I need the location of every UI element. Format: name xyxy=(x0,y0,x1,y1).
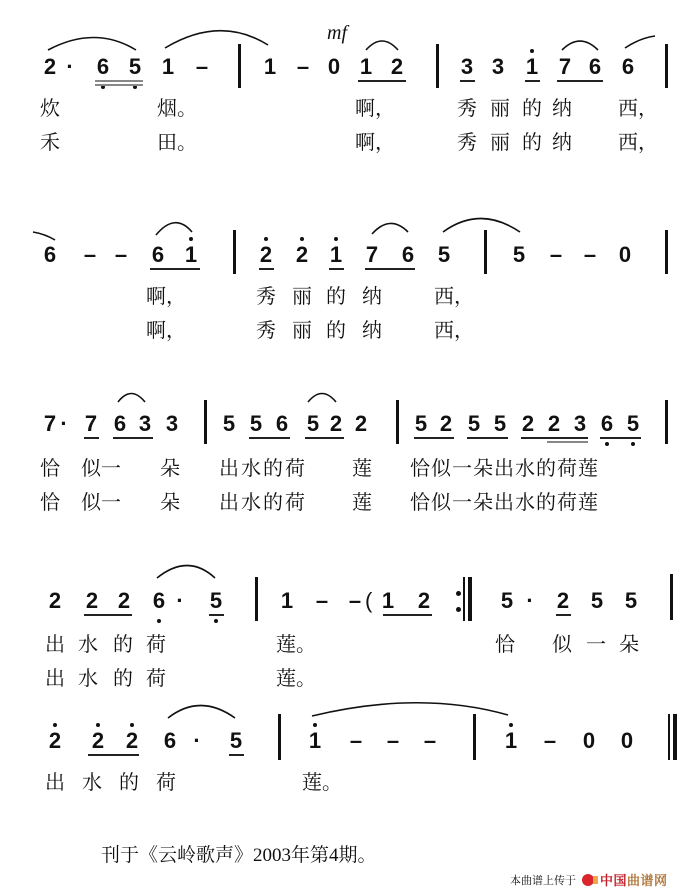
lyric: 的 xyxy=(326,318,346,342)
underline xyxy=(249,437,290,439)
lyric: 的 xyxy=(326,284,346,308)
note: 1 xyxy=(307,730,323,752)
underline xyxy=(547,441,588,443)
lyric: 的 xyxy=(113,632,133,656)
site-name[interactable]: 中国曲谱网 xyxy=(600,870,668,889)
note: 3 xyxy=(459,56,475,78)
lyric: 出水的荷 xyxy=(219,456,307,480)
rest: 0 xyxy=(326,56,342,78)
repeat-barline xyxy=(463,577,465,621)
note: 5 xyxy=(466,413,482,435)
dash: – xyxy=(422,730,438,752)
dash: – xyxy=(314,590,330,612)
note: 2 xyxy=(416,590,432,612)
dash: – xyxy=(295,56,311,78)
repeat-barline xyxy=(468,577,472,621)
note: 2 xyxy=(520,413,536,435)
note: 1 xyxy=(524,56,540,78)
lyric: 的 xyxy=(522,130,542,154)
barline xyxy=(665,44,668,88)
note: 5 xyxy=(499,590,515,612)
lyric: 朵 xyxy=(619,632,639,656)
underline xyxy=(600,437,641,439)
note: 6 xyxy=(162,730,178,752)
jianpu-score: 2 · 6 5 1 – 1 – 0 mf 1 2 3 3 1 7 6 6 炊 烟… xyxy=(0,0,700,894)
lyric: 西， xyxy=(618,96,658,120)
lyric: 丽 xyxy=(292,318,312,342)
lyric: 莲 xyxy=(352,490,372,514)
underline xyxy=(113,437,153,439)
dash: – xyxy=(385,730,401,752)
lyric: 丽 xyxy=(292,284,312,308)
lyric: 秀 xyxy=(457,130,477,154)
underline xyxy=(358,80,406,82)
augmentation-dot: · xyxy=(189,730,205,752)
note: 5 xyxy=(305,413,321,435)
slur-marks xyxy=(0,0,700,894)
rest: 0 xyxy=(581,730,597,752)
note: 2 xyxy=(42,56,58,78)
lyric: 出 xyxy=(45,770,65,794)
barline xyxy=(204,400,207,444)
note: 2 xyxy=(353,413,369,435)
lyric: 秀 xyxy=(457,96,477,120)
lyric: 啊， xyxy=(146,284,186,308)
underline xyxy=(460,80,475,82)
lyric: 水 xyxy=(78,666,98,690)
note: 6 xyxy=(151,590,167,612)
dash: – xyxy=(82,244,98,266)
final-barline xyxy=(673,714,677,760)
barline xyxy=(255,577,258,621)
barline xyxy=(233,230,236,274)
dash: – xyxy=(348,730,364,752)
repeat-dot xyxy=(456,591,461,596)
lyric: 莲。 xyxy=(276,632,316,656)
underline xyxy=(383,614,432,616)
note: 6 xyxy=(400,244,416,266)
barline xyxy=(278,714,281,760)
lyric: 出 xyxy=(45,666,65,690)
lyric: 朵 xyxy=(160,456,180,480)
lyric: 似一 xyxy=(81,456,121,480)
lyric: 啊， xyxy=(355,130,395,154)
note: 2 xyxy=(438,413,454,435)
underline xyxy=(84,437,99,439)
note: 1 xyxy=(358,56,374,78)
lyric: 纳 xyxy=(362,284,382,308)
lyric: 出水的荷 xyxy=(219,490,307,514)
underline xyxy=(414,437,454,439)
lyric: 恰似一朵出水的荷莲 xyxy=(410,456,599,480)
lyric: 炊 xyxy=(40,96,60,120)
rest: 0 xyxy=(617,244,633,266)
dash: – xyxy=(548,244,564,266)
underline xyxy=(95,80,143,82)
note: 3 xyxy=(490,56,506,78)
lyric: 似一 xyxy=(81,490,121,514)
lyric: 荷 xyxy=(156,770,176,794)
lyric: 秀 xyxy=(256,284,276,308)
augmentation-dot: · xyxy=(522,590,538,612)
barline xyxy=(238,44,241,88)
note: 6 xyxy=(599,413,615,435)
underline xyxy=(88,754,139,756)
note: 5 xyxy=(248,413,264,435)
underline xyxy=(209,614,224,616)
note: 2 xyxy=(90,730,106,752)
dash: – xyxy=(194,56,210,78)
underline xyxy=(525,80,540,82)
lyric: 纳 xyxy=(552,96,572,120)
lyric: 西， xyxy=(434,284,474,308)
lyric: 莲。 xyxy=(276,666,316,690)
lyric: 纳 xyxy=(552,130,572,154)
lyric: 啊， xyxy=(146,318,186,342)
barline xyxy=(473,714,476,760)
note: 2 xyxy=(294,244,310,266)
note: 2 xyxy=(124,730,140,752)
lyric: 荷 xyxy=(146,632,166,656)
underline xyxy=(259,268,274,270)
lyric: 莲。 xyxy=(302,770,342,794)
underline xyxy=(556,614,571,616)
lyric: 田。 xyxy=(157,130,197,154)
underline xyxy=(467,437,508,439)
note: 2 xyxy=(328,413,344,435)
note: 7 xyxy=(83,413,99,435)
rest: 0 xyxy=(619,730,635,752)
note: 5 xyxy=(221,413,237,435)
note: 6 xyxy=(150,244,166,266)
note: 3 xyxy=(137,413,153,435)
barline xyxy=(665,230,668,274)
note: 5 xyxy=(208,590,224,612)
underline xyxy=(150,268,200,270)
lyric: 一 xyxy=(586,632,606,656)
note: 6 xyxy=(42,244,58,266)
lyric: 烟。 xyxy=(157,96,197,120)
dash: – xyxy=(347,590,363,612)
underline xyxy=(365,268,415,270)
underline xyxy=(229,754,244,756)
note: 1 xyxy=(380,590,396,612)
note: 5 xyxy=(492,413,508,435)
note: 5 xyxy=(413,413,429,435)
lyric: 禾 xyxy=(40,130,60,154)
augmentation-dot: · xyxy=(172,590,188,612)
repeat-dot xyxy=(456,607,461,612)
lyric: 恰 xyxy=(40,490,60,514)
note: 3 xyxy=(164,413,180,435)
underline xyxy=(329,268,344,270)
lyric: 朵 xyxy=(160,490,180,514)
augmentation-dot: · xyxy=(62,56,78,78)
lyric: 荷 xyxy=(146,666,166,690)
note: 1 xyxy=(503,730,519,752)
lyric: 恰 xyxy=(495,632,515,656)
barline xyxy=(484,230,487,274)
note: 5 xyxy=(436,244,452,266)
lyric: 西， xyxy=(618,130,658,154)
note: 7 xyxy=(364,244,380,266)
barline xyxy=(670,574,673,620)
note: 6 xyxy=(112,413,128,435)
note: 3 xyxy=(572,413,588,435)
note: 6 xyxy=(620,56,636,78)
note: 5 xyxy=(228,730,244,752)
note: 6 xyxy=(274,413,290,435)
lyric: 出 xyxy=(45,632,65,656)
augmentation-dot: · xyxy=(56,413,72,435)
underline xyxy=(84,614,132,616)
note: 2 xyxy=(47,590,63,612)
dynamic-marking: mf xyxy=(327,22,347,45)
lyric: 恰似一朵出水的荷莲 xyxy=(410,490,599,514)
site-logo-icon xyxy=(582,874,594,886)
note: 7 xyxy=(557,56,573,78)
underline xyxy=(95,84,143,86)
note: 2 xyxy=(555,590,571,612)
note: 1 xyxy=(183,244,199,266)
note: 5 xyxy=(625,413,641,435)
underline xyxy=(557,80,603,82)
final-barline xyxy=(668,714,670,760)
open-parenthesis: ( xyxy=(365,588,372,614)
upload-credit: 本曲谱上传于 中国曲谱网 xyxy=(510,870,668,889)
note: 1 xyxy=(279,590,295,612)
note: 6 xyxy=(587,56,603,78)
lyric: 丽 xyxy=(490,130,510,154)
lyric: 的 xyxy=(113,666,133,690)
underline xyxy=(305,437,344,439)
note: 1 xyxy=(160,56,176,78)
note: 2 xyxy=(47,730,63,752)
lyric: 水 xyxy=(78,632,98,656)
dash: – xyxy=(542,730,558,752)
note: 5 xyxy=(127,56,143,78)
lyric: 啊， xyxy=(355,96,395,120)
lyric: 秀 xyxy=(256,318,276,342)
barline xyxy=(665,400,668,444)
dash: – xyxy=(113,244,129,266)
barline xyxy=(396,400,399,444)
note: 1 xyxy=(262,56,278,78)
note: 5 xyxy=(511,244,527,266)
lyric: 水 xyxy=(82,770,102,794)
lyric: 的 xyxy=(119,770,139,794)
note: 2 xyxy=(389,56,405,78)
lyric: 西， xyxy=(434,318,474,342)
note: 2 xyxy=(116,590,132,612)
lyric: 丽 xyxy=(490,96,510,120)
note: 1 xyxy=(328,244,344,266)
publication-caption: 刊于《云岭歌声》2003年第4期。 xyxy=(101,840,377,867)
lyric: 恰 xyxy=(40,456,60,480)
underline xyxy=(521,437,588,439)
lyric: 的 xyxy=(522,96,542,120)
barline xyxy=(436,44,439,88)
dash: – xyxy=(582,244,598,266)
upload-text: 本曲谱上传于 xyxy=(510,872,576,888)
lyric: 纳 xyxy=(362,318,382,342)
note: 6 xyxy=(95,56,111,78)
note: 2 xyxy=(84,590,100,612)
note: 5 xyxy=(623,590,639,612)
note: 5 xyxy=(589,590,605,612)
lyric: 似 xyxy=(552,632,572,656)
lyric: 莲 xyxy=(352,456,372,480)
note: 2 xyxy=(258,244,274,266)
note: 2 xyxy=(546,413,562,435)
